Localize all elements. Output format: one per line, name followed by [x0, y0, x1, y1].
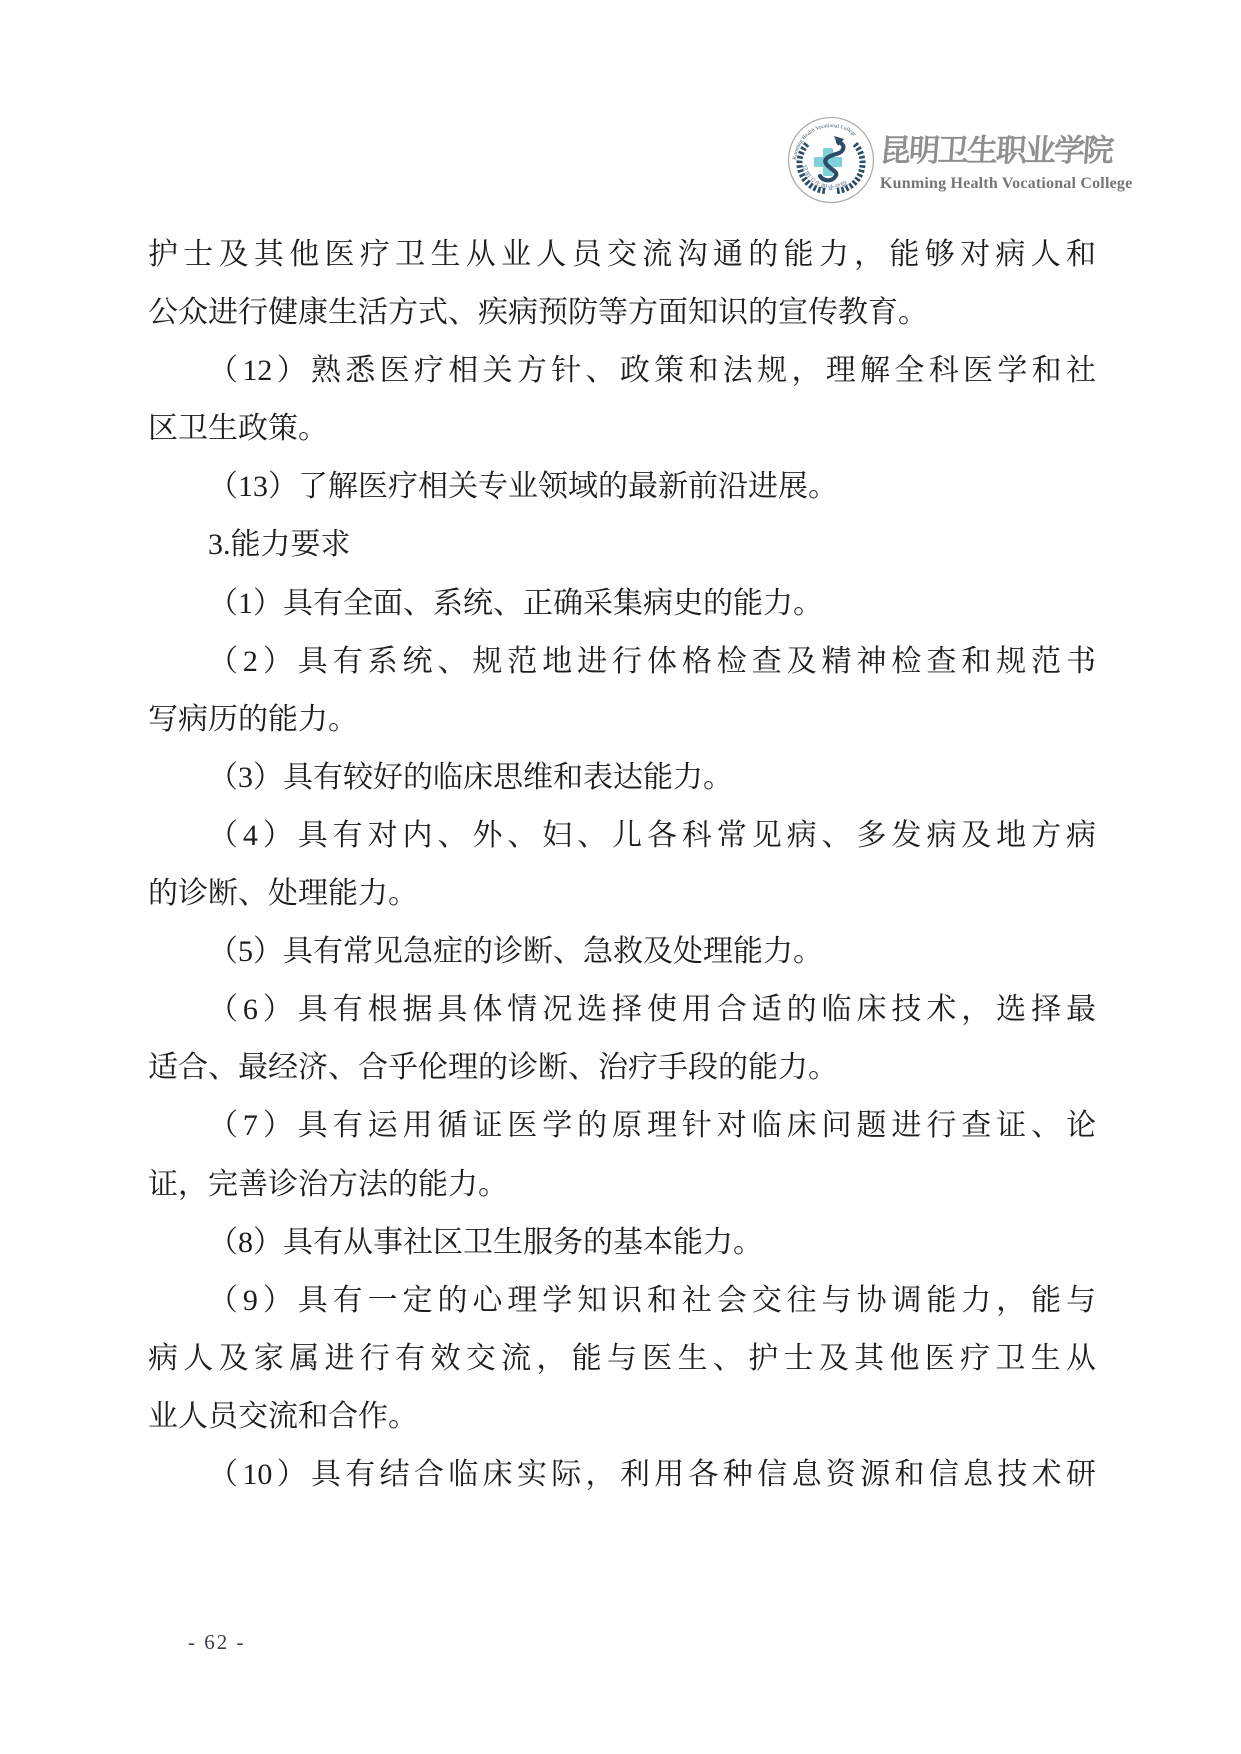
text-line: （2）具有系统、规范地进行体格检查及精神检查和规范书 [148, 633, 1096, 691]
text-line: 适合、最经济、合乎伦理的诊断、治疗手段的能力。 [148, 1039, 1096, 1097]
text-line: （5）具有常见急症的诊断、急救及处理能力。 [148, 923, 1096, 981]
text-line: （13）了解医疗相关专业领域的最新前沿进展。 [148, 458, 1096, 516]
text-line: （10）具有结合临床实际，利用各种信息资源和信息技术研 [148, 1446, 1096, 1504]
document-body: 护士及其他医疗卫生从业人员交流沟通的能力，能够对病人和公众进行健康生活方式、疾病… [148, 226, 1096, 1504]
text-line: （4）具有对内、外、妇、儿各科常见病、多发病及地方病 [148, 807, 1096, 865]
text-line: （6）具有根据具体情况选择使用合适的临床技术，选择最 [148, 981, 1096, 1039]
college-name-calligraphy: 昆明卫生职业学院 [878, 126, 1113, 176]
text-line: 业人员交流和合作。 [148, 1388, 1096, 1446]
text-line: （3）具有较好的临床思维和表达能力。 [148, 749, 1096, 807]
text-line: （1）具有全面、系统、正确采集病史的能力。 [148, 575, 1096, 633]
college-seal-icon: Kunming Health Vocational College 昆明卫生职业… [787, 115, 875, 205]
text-line: 区卫生政策。 [148, 400, 1096, 458]
text-line: （9）具有一定的心理学知识和社会交往与协调能力，能与 [148, 1272, 1096, 1330]
text-line: （8）具有从事社区卫生服务的基本能力。 [148, 1214, 1096, 1272]
text-line: （12）熟悉医疗相关方针、政策和法规，理解全科医学和社 [148, 342, 1096, 400]
college-name-english: Kunming Health Vocational College [880, 172, 1112, 196]
text-line: （7）具有运用循证医学的原理针对临床问题进行查证、论 [148, 1097, 1096, 1155]
text-line: 证，完善诊治方法的能力。 [148, 1156, 1096, 1214]
text-line: 护士及其他医疗卫生从业人员交流沟通的能力，能够对病人和 [148, 226, 1096, 284]
text-line: 公众进行健康生活方式、疾病预防等方面知识的宣传教育。 [148, 284, 1096, 342]
page-number: - 62 - [188, 1630, 246, 1655]
text-line: 病人及家属进行有效交流，能与医生、护士及其他医疗卫生从 [148, 1330, 1096, 1388]
text-line: 3.能力要求 [148, 516, 1096, 574]
page: Kunming Health Vocational College 昆明卫生职业… [0, 0, 1241, 1754]
text-line: 写病历的能力。 [148, 691, 1096, 749]
text-line: 的诊断、处理能力。 [148, 865, 1096, 923]
